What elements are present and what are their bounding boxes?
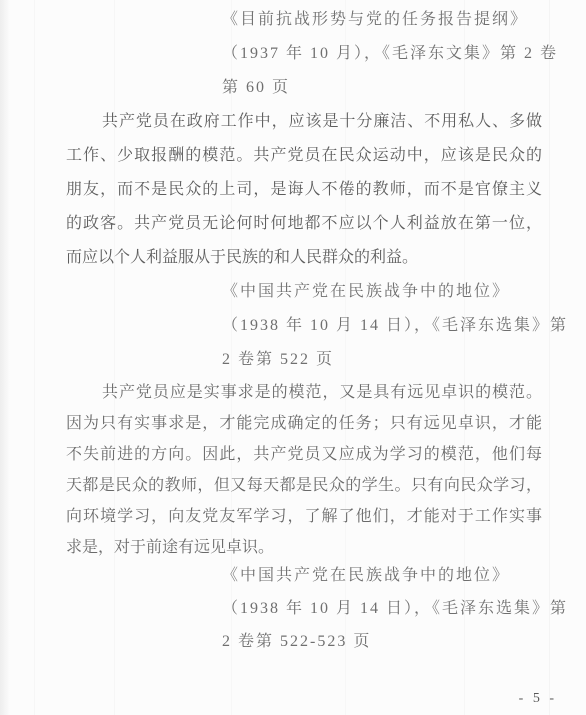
paragraph-line: 不失前进的方向。因此，共产党员又应成为学习的模范，他们每 — [66, 439, 542, 470]
citation-page-line: 2 卷第 522 页 — [66, 343, 542, 377]
paragraph-line: 朋友，而不是民众的上司，是诲人不倦的教师，而不是官僚主义 — [66, 173, 542, 207]
paragraph-line: 共产党员在政府工作中，应该是十分廉洁、不用私人、多做 — [66, 105, 542, 139]
citation-source-line: （1938 年 10 月 14 日），《毛泽东选集》第 — [66, 592, 542, 625]
citation-page-line: 2 卷第 522-523 页 — [66, 625, 542, 658]
scanned-document-page: 《目前抗战形势与党的任务报告提纲》 （1937 年 10 月），《毛泽东文集》第… — [0, 0, 586, 715]
citation-block: 《中国共产党在民族战争中的地位》 （1938 年 10 月 14 日），《毛泽东… — [66, 559, 542, 658]
quote-paragraph: 共产党员应是实事求是的模范，又是具有远见卓识的模范。 因为只有实事求是，才能完成… — [66, 377, 542, 563]
page-number: - 5 - — [519, 691, 557, 707]
citation-source-line: （1937 年 10 月），《毛泽东文集》第 2 卷 — [66, 37, 542, 71]
paragraph-line: 共产党员应是实事求是的模范，又是具有远见卓识的模范。 — [66, 377, 542, 408]
paragraph-line: 因为只有实事求是，才能完成确定的任务；只有远见卓识，才能 — [66, 408, 542, 439]
citation-title-line: 《目前抗战形势与党的任务报告提纲》 — [66, 3, 542, 37]
citation-title-line: 《中国共产党在民族战争中的地位》 — [66, 275, 542, 309]
page-content: 《目前抗战形势与党的任务报告提纲》 （1937 年 10 月），《毛泽东文集》第… — [66, 3, 542, 658]
paragraph-line: 天都是民众的教师，但又每天都是民众的学生。只有向民众学习， — [66, 470, 542, 501]
citation-block: 《目前抗战形势与党的任务报告提纲》 （1937 年 10 月），《毛泽东文集》第… — [66, 3, 542, 105]
citation-block: 《中国共产党在民族战争中的地位》 （1938 年 10 月 14 日），《毛泽东… — [66, 275, 542, 377]
citation-title-line: 《中国共产党在民族战争中的地位》 — [66, 559, 542, 592]
paragraph-line: 的政客。共产党员无论何时何地都不应以个人利益放在第一位， — [66, 207, 542, 241]
paragraph-line: 向环境学习，向友党友军学习，了解了他们，才能对于工作实事 — [66, 501, 542, 532]
citation-source-line: （1938 年 10 月 14 日），《毛泽东选集》第 — [66, 309, 542, 343]
quote-paragraph: 共产党员在政府工作中，应该是十分廉洁、不用私人、多做 工作、少取报酬的模范。共产… — [66, 105, 542, 275]
paragraph-line: 而应以个人利益服从于民族的和人民群众的利益。 — [66, 241, 542, 275]
citation-page-line: 第 60 页 — [66, 71, 542, 105]
paragraph-line: 工作、少取报酬的模范。共产党员在民众运动中，应该是民众的 — [66, 139, 542, 173]
